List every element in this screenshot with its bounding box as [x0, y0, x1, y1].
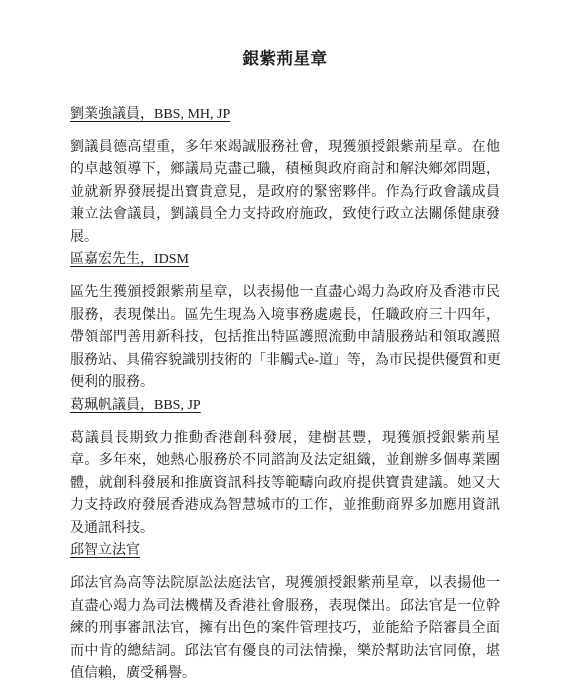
citation-paragraph: 劉議員德高望重，多年來竭誠服務社會，現獲頒授銀紫荊星章。在他的卓越領導下，鄉議局…	[70, 137, 500, 250]
recipient-heading: 區嘉宏先生，IDSM	[70, 249, 500, 272]
text-line: 及通訊科技。	[70, 518, 500, 541]
text-line: 體，就創科發展和推廣資訊科技等範疇向政府提供寶貴建議。她又大	[70, 473, 500, 496]
text-line: 區先生獲頒授銀紫荊星章，以表揚他一直盡心竭力為政府及香港市民	[70, 282, 500, 305]
citation-paragraph: 區先生獲頒授銀紫荊星章，以表揚他一直盡心竭力為政府及香港市民服務，表現傑出。區先…	[70, 282, 500, 395]
text-line: 邱法官為高等法院原訟法庭法官，現獲頒授銀紫荊星章，以表揚他一	[70, 573, 500, 596]
recipient-heading: 葛珮帆議員，BBS, JP	[70, 395, 500, 418]
text-line: 值信賴，廣受稱譽。	[70, 663, 500, 683]
text-line: 並就新界發展提出寶貴意見，是政府的緊密夥伴。作為行政會議成員	[70, 182, 500, 205]
text-line: 力支持政府發展香港成為智慧城市的工作，並推動商界多加應用資訊	[70, 495, 500, 518]
text-line: 練的刑事審訊法官，擁有出色的案件管理技巧，並能給予陪審員全面	[70, 618, 500, 641]
recipient-heading: 邱智立法官	[70, 540, 500, 563]
text-line: 的卓越領導下，鄉議局克盡己職，積極與政府商討和解決鄉郊問題，	[70, 159, 500, 182]
recipient-heading: 劉業強議員，BBS, MH, JP	[70, 104, 500, 127]
text-line: 兼立法會議員，劉議員全力支持政府施政，致使行政立法關係健康發	[70, 204, 500, 227]
text-line: 服務站、具備容貌識別技術的「非觸式e-道」等，為市民提供優質和更	[70, 350, 500, 373]
citation-paragraph: 葛議員長期致力推動香港創科發展，建樹甚豐，現獲頒授銀紫荊星章。多年來，她熱心服務…	[70, 428, 500, 541]
text-line: 直盡心竭力為司法機構及香港社會服務，表現傑出。邱法官是一位幹	[70, 596, 500, 619]
award-section: 區嘉宏先生，IDSM區先生獲頒授銀紫荊星章，以表揚他一直盡心竭力為政府及香港市民…	[70, 249, 500, 395]
sections-container: 劉業強議員，BBS, MH, JP劉議員德高望重，多年來竭誠服務社會，現獲頒授銀…	[70, 104, 500, 683]
text-line: 便利的服務。	[70, 372, 500, 395]
award-section: 劉業強議員，BBS, MH, JP劉議員德高望重，多年來竭誠服務社會，現獲頒授銀…	[70, 104, 500, 250]
citation-paragraph: 邱法官為高等法院原訟法庭法官，現獲頒授銀紫荊星章，以表揚他一直盡心竭力為司法機構…	[70, 573, 500, 683]
text-line: 展。	[70, 227, 500, 250]
document-page: 銀紫荊星章 劉業強議員，BBS, MH, JP劉議員德高望重，多年來竭誠服務社會…	[0, 0, 571, 683]
text-line: 而中肯的總結詞。邱法官有優良的司法情操，樂於幫助法官同僚，堪	[70, 641, 500, 664]
text-line: 帶領部門善用新科技，包括推出特區護照流動申請服務站和領取護照	[70, 327, 500, 350]
text-line: 葛議員長期致力推動香港創科發展，建樹甚豐，現獲頒授銀紫荊星	[70, 428, 500, 451]
document-title: 銀紫荊星章	[70, 48, 500, 71]
text-line: 服務，表現傑出。區先生現為入境事務處處長，任職政府三十四年，	[70, 305, 500, 328]
award-section: 邱智立法官邱法官為高等法院原訟法庭法官，現獲頒授銀紫荊星章，以表揚他一直盡心竭力…	[70, 540, 500, 683]
text-line: 劉議員德高望重，多年來竭誠服務社會，現獲頒授銀紫荊星章。在他	[70, 137, 500, 160]
award-section: 葛珮帆議員，BBS, JP葛議員長期致力推動香港創科發展，建樹甚豐，現獲頒授銀紫…	[70, 395, 500, 541]
text-line: 章。多年來，她熱心服務於不同諮詢及法定組織，並創辦多個專業團	[70, 450, 500, 473]
